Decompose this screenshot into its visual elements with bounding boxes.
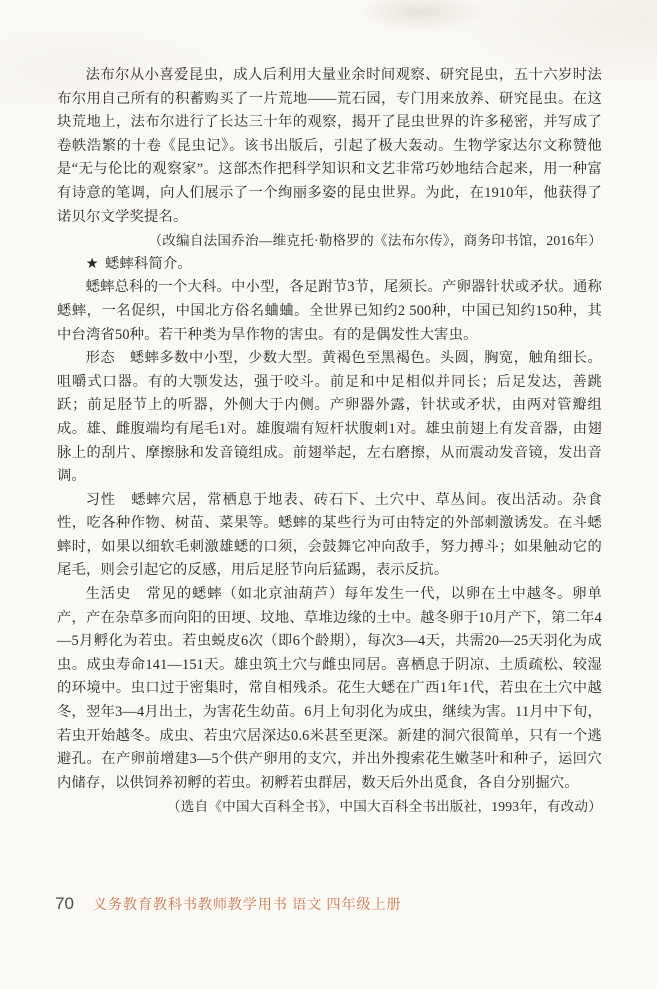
star-icon: ★: [86, 256, 99, 272]
paragraph-habits: 习性 蟋蟀穴居，常栖息于地表、砖石下、土穴中、草丛间。夜出活动。杂食性，吃各种作…: [57, 489, 602, 583]
section-heading: ★蟋蟀科简介。: [57, 253, 602, 277]
paragraph-life-history: 生活史 常见的蟋蟀（如北京油葫芦）每年发生一代，以卵在土中越冬。卵单产，产在杂草…: [57, 583, 602, 795]
section-heading-text: 蟋蟀科简介。: [105, 256, 192, 272]
footer-book-info: 义务教育教科书教师教学用书 语文 四年级上册: [93, 894, 401, 914]
page-text-block: 法布尔从小喜爱昆虫，成人后利用大量业余时间观察、研究昆虫，五十六岁时法布尔用自己…: [57, 64, 602, 819]
page-number: 70: [55, 894, 74, 914]
source-encyclopedia: （选自《中国大百科全书》，中国大百科全书出版社，1993年，有改动）: [57, 795, 602, 819]
source-fabre-biography: （改编自法国乔治—维克托·勒格罗的《法布尔传》，商务印书馆，2016年）: [57, 229, 602, 253]
paragraph-fabre-bio: 法布尔从小喜爱昆虫，成人后利用大量业余时间观察、研究昆虫，五十六岁时法布尔用自己…: [57, 64, 602, 229]
book-page: 法布尔从小喜爱昆虫，成人后利用大量业余时间观察、研究昆虫，五十六岁时法布尔用自己…: [0, 0, 657, 989]
paragraph-cricket-overview: 蟋蟀总科的一个大科。中小型，各足跗节3节，尾须长。产卵器针状或矛状。通称蟋蟀，一…: [57, 276, 602, 347]
paragraph-morphology: 形态 蟋蟀多数中小型，少数大型。黄褐色至黑褐色。头圆，胸宽，触角细长。咀嚼式口器…: [57, 347, 602, 489]
page-footer: 70 义务教育教科书教师教学用书 语文 四年级上册: [55, 894, 401, 914]
